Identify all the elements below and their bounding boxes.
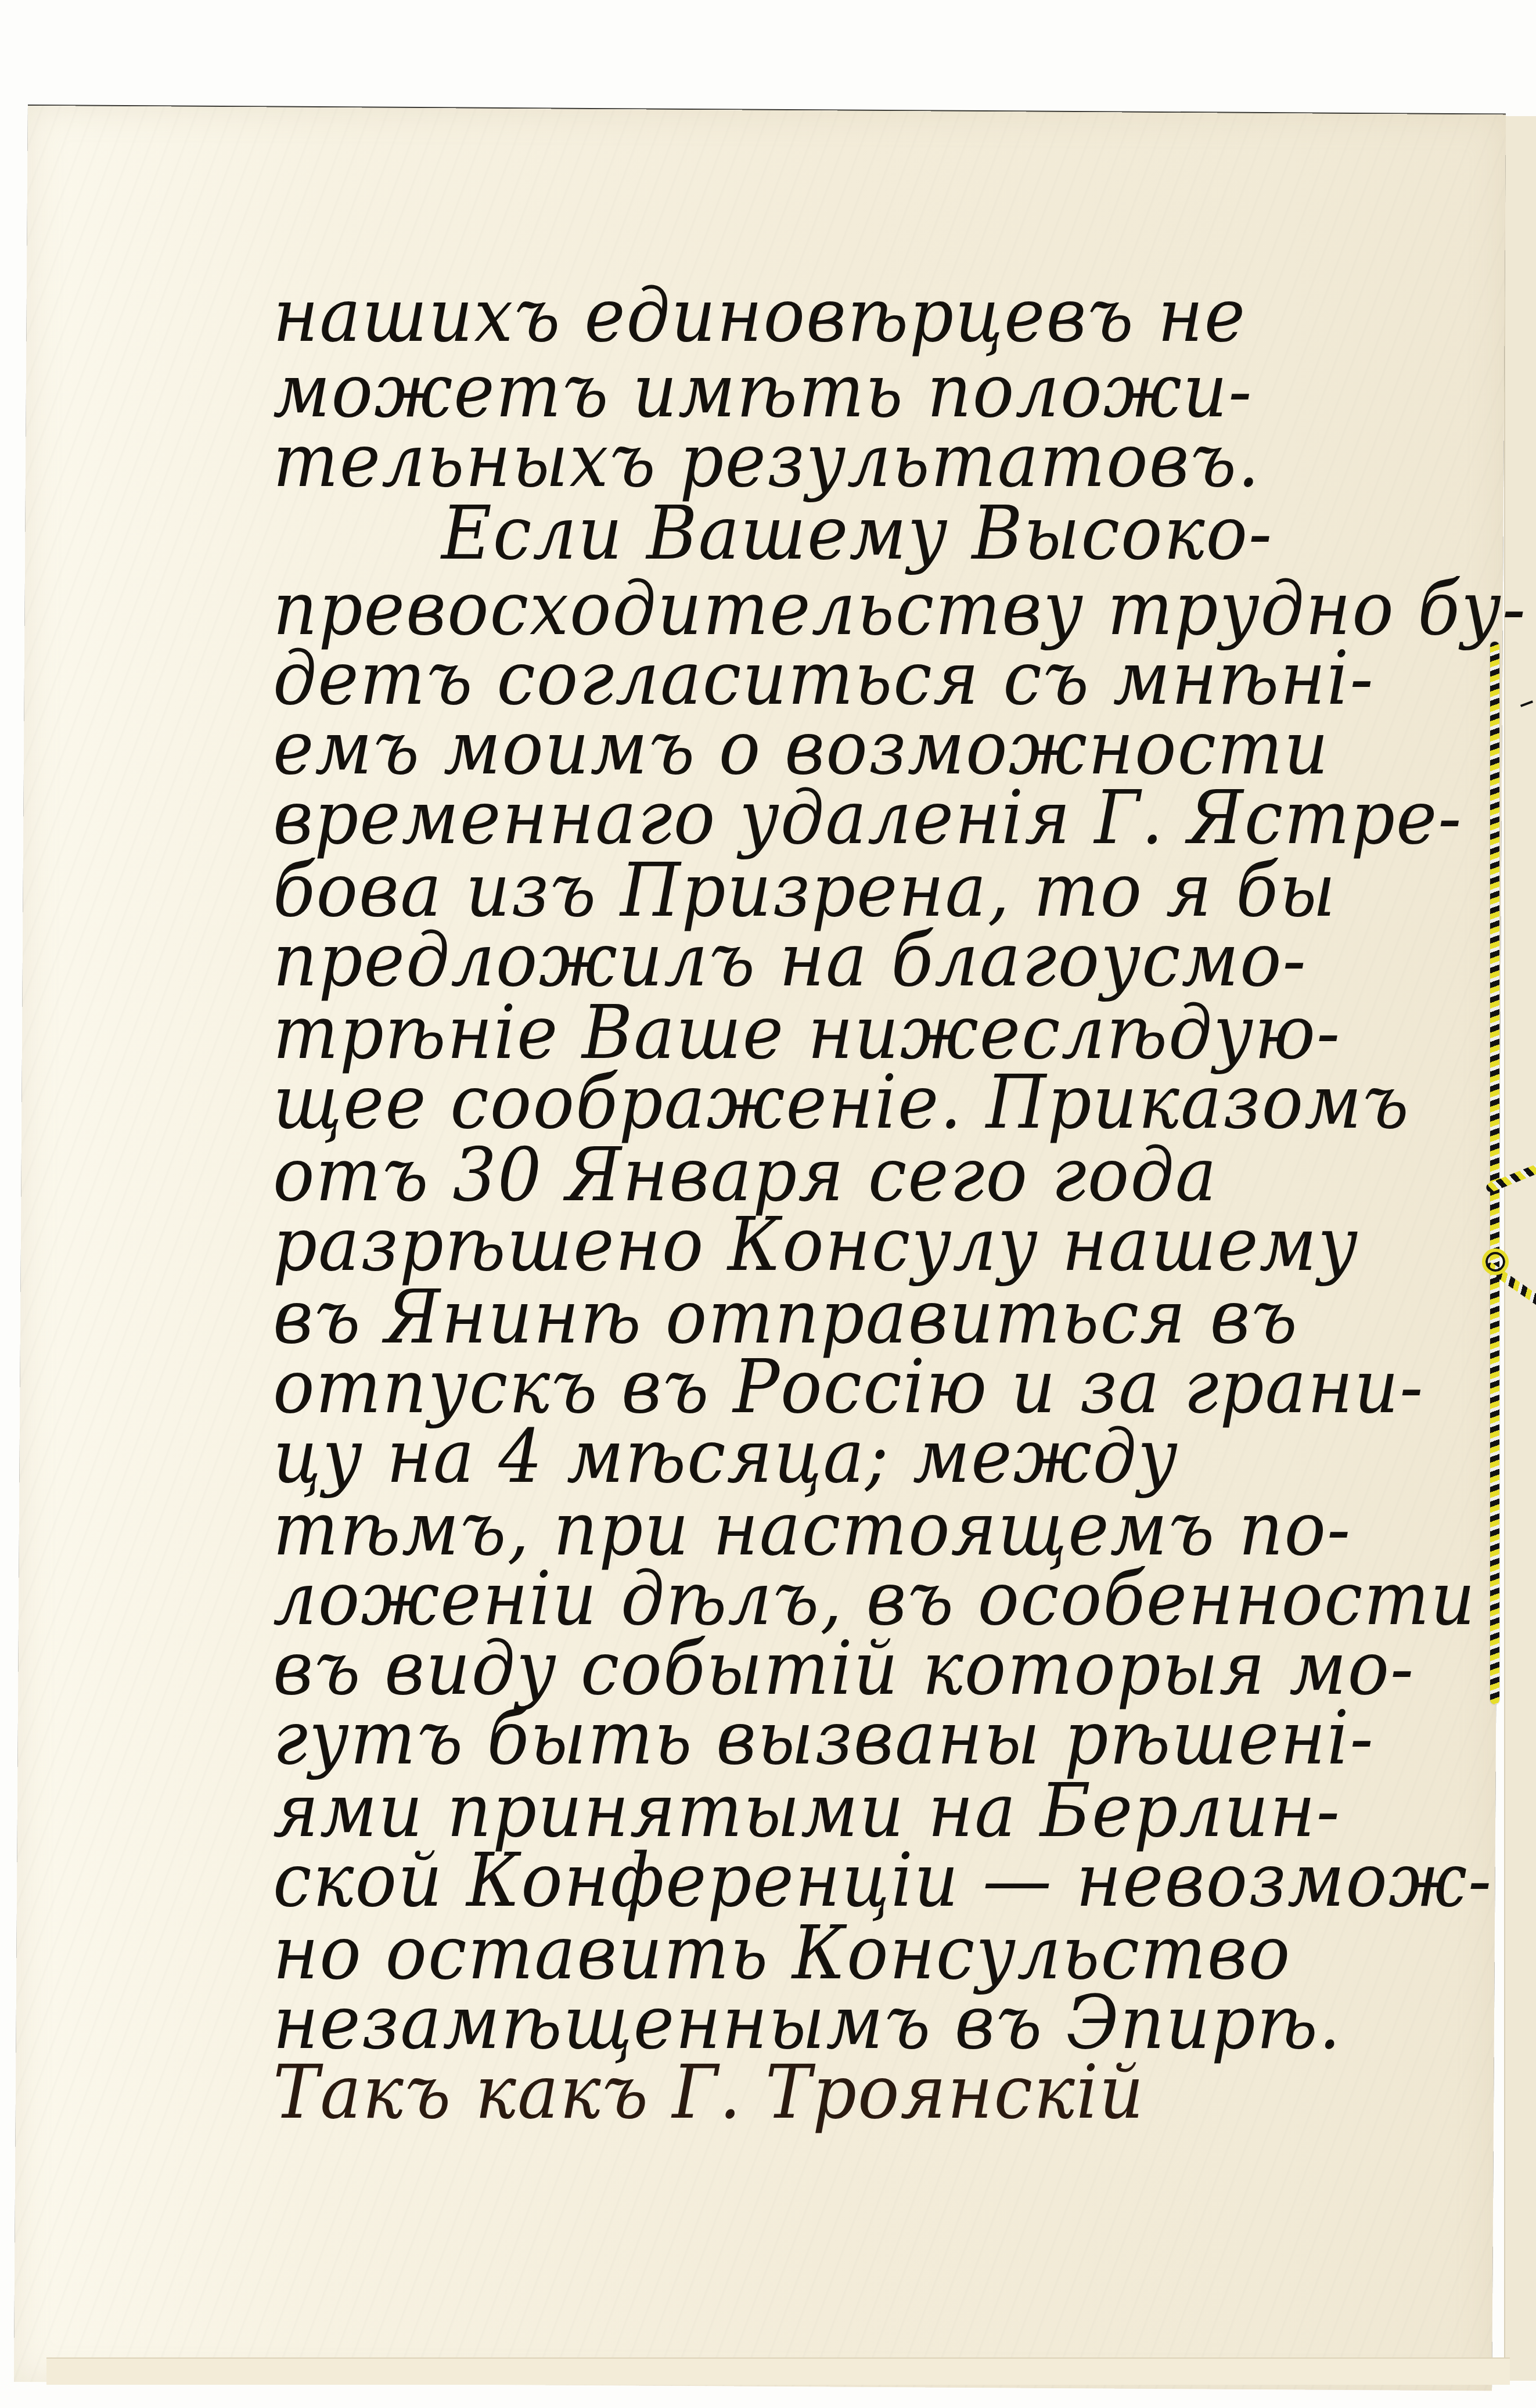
binding-cord <box>1490 642 1499 1704</box>
binding-cord-knot <box>1482 1248 1509 1275</box>
manuscript-line: Такъ какъ Г. Троянскій <box>273 2056 1402 2130</box>
manuscript-line: ской Конференціи — невозмож- <box>273 1844 1402 1918</box>
manuscript-line: временнаго удаленія Г. Ястре- <box>273 781 1402 855</box>
manuscript-line: нашихъ единовѣрцевъ не <box>273 279 1402 353</box>
scanned-page: нашихъ единовѣрцевъ не можетъ имѣть поло… <box>0 0 1536 2408</box>
manuscript-line: цу на 4 мѣсяца; между <box>273 1420 1402 1494</box>
manuscript-line: гутъ быть вызваны рѣшені- <box>273 1701 1402 1776</box>
manuscript-line: разрѣшено Консулу нашему <box>273 1208 1402 1282</box>
manuscript-line: щее соображеніе. Приказомъ <box>273 1066 1402 1140</box>
manuscript-line: тельныхъ результатовъ. <box>273 424 1402 498</box>
manuscript-line: предложилъ на благоусмо- <box>273 923 1402 998</box>
manuscript-text: нашихъ единовѣрцевъ не можетъ имѣть поло… <box>0 0 1536 2408</box>
paragraph-start-line: Если Вашему Высоко- <box>441 496 1536 571</box>
